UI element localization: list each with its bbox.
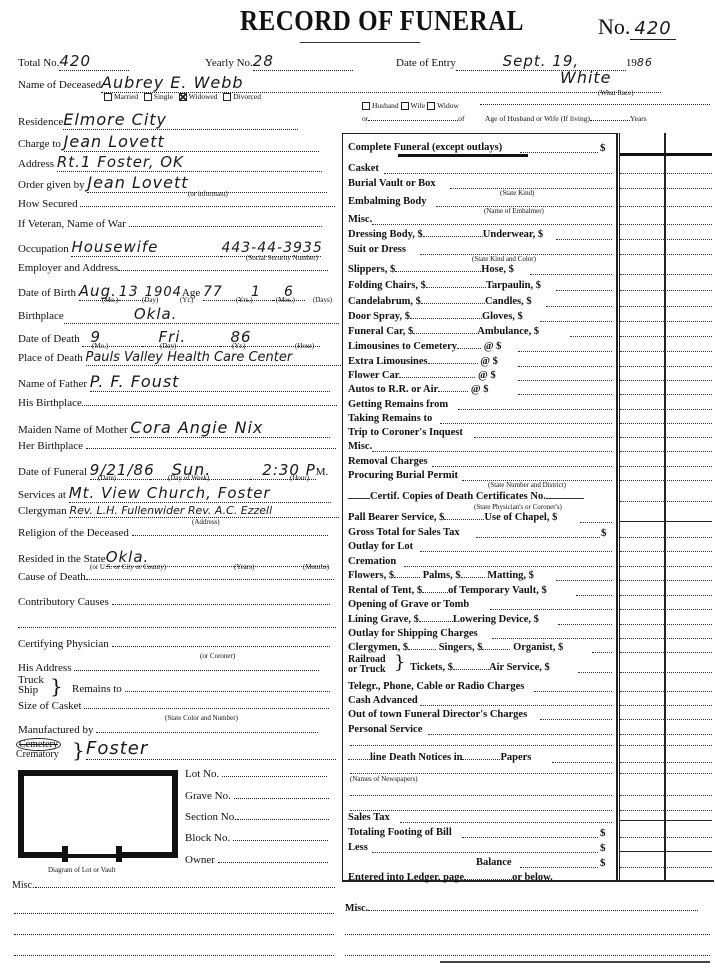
complete-funeral-underline <box>398 154 528 157</box>
date-of-birth-field: Date of Birth Aug.131904Age 7716 <box>18 282 305 301</box>
mother-label: Maiden Name of Mother <box>18 424 128 436</box>
matting-dots <box>556 580 612 581</box>
spouse-of-field: orof <box>362 114 465 123</box>
charge-death-certificates: Certif. Copies of Death Certificates No. <box>348 491 584 502</box>
physician-sublabel: (or Coroner) <box>200 652 235 660</box>
truck-ship-label: TruckShip <box>18 675 44 695</box>
candles-label: Candles, $ <box>485 296 532 307</box>
charge-flowers: Flowers, $ Palms, $ Matting, $ <box>348 570 534 581</box>
divorced-label: Divorced <box>233 92 261 101</box>
papers-label: Papers <box>500 752 531 763</box>
taking-remains-dots <box>440 423 612 424</box>
of-label: of <box>458 114 464 123</box>
charge-coroners-inquest: Trip to Coroner's Inquest <box>348 427 463 438</box>
address-label: Address <box>18 158 54 170</box>
death-notices-label: line Death Notices in <box>370 752 462 763</box>
father-field: Name of Father P. F. Foust <box>18 372 330 392</box>
cemetery-value: Foster <box>86 738 336 760</box>
lot-label: Lot No. <box>185 768 219 780</box>
removal-dots <box>432 466 612 467</box>
gloves-label: Gloves, $ <box>482 311 523 322</box>
out-of-town-dots <box>540 719 612 720</box>
physician-coroner-sub: (State Physician's or Coroner's) <box>474 503 562 511</box>
funeral-date-label: Date of Funeral <box>18 466 87 478</box>
charge-misc-2: Misc. <box>348 441 372 452</box>
services-at-field: Services at Mt. View Church, Foster <box>18 484 331 503</box>
age-spouse-label: Age of Husband or Wife (If living) <box>485 114 590 123</box>
charge-personal-service: Personal Service <box>348 724 422 735</box>
clergyman-value: Rev. L.H. Fullenwider Rev. A.C. Ezzell <box>69 504 339 518</box>
misc-right-line-2 <box>345 934 710 935</box>
how-secured-label: How Secured <box>18 198 78 210</box>
telegr-dots <box>534 691 612 692</box>
less-dollar: $ <box>600 842 606 854</box>
grave-no-field: Grave No. <box>185 790 329 802</box>
order-given-by-field: Order given by Jean Lovett <box>18 173 327 193</box>
her-birthplace-label: Her Birthplace <box>18 440 83 452</box>
charge-embalming: Embalming Body <box>348 196 426 207</box>
cash-advanced-dots <box>420 705 612 706</box>
occupation-value: Housewife <box>71 238 221 257</box>
slippers-label: Slippers, $ <box>348 264 395 275</box>
complete-funeral-amount-rule <box>620 153 712 156</box>
marital-status-options: Married Single Widowed Divorced <box>104 92 261 101</box>
clergyman-sublabel: (Address) <box>192 518 220 526</box>
religion-field: Religion of the Deceased <box>18 527 328 539</box>
contrib-line-2 <box>18 627 336 628</box>
tickets-label: Tickets, $ <box>410 662 453 673</box>
dod-day: Fri. <box>142 328 220 347</box>
state-kind-sub: (State Kind) <box>500 189 534 197</box>
record-number: No.420 <box>598 14 676 40</box>
casket-dots <box>384 173 612 174</box>
checkbox-widowed[interactable]: Widowed <box>179 92 218 101</box>
amount-line <box>620 501 712 502</box>
charge-cash-advanced: Cash Advanced <box>348 695 418 706</box>
underwear-dots <box>556 239 612 240</box>
pall-bearer-label: Pall Bearer Service, $ <box>348 512 444 523</box>
total-no-label: Total No. <box>18 57 59 69</box>
funeral-sub-date: (Date) <box>98 474 116 482</box>
charge-slippers: Slippers, $Hose, $ <box>348 264 514 275</box>
services-value: Mt. View Church, Foster <box>69 484 331 503</box>
charge-burial-vault: Burial Vault or Box <box>348 178 436 189</box>
use-of-chapel-label: Use of Chapel, $ <box>484 512 557 523</box>
complete-funeral-dollar: $ <box>600 142 606 154</box>
folding-chairs-label: Folding Chairs, $ <box>348 280 426 291</box>
block-label: Block No. <box>185 832 230 844</box>
dod-sub-hour: (Hour) <box>295 342 314 350</box>
widowed-label: Widowed <box>189 92 218 101</box>
race-sublabel: (What Race) <box>598 89 634 97</box>
candles-dots <box>546 306 612 307</box>
dod-label: Date of Death <box>18 333 80 345</box>
dob-sub-mos: (Mos.) <box>276 296 295 304</box>
temporary-vault-label: of Temporary Vault, $ <box>448 585 547 596</box>
order-by-label: Order given by <box>18 179 85 191</box>
lowering-device-dots <box>558 624 612 625</box>
charge-removal: Removal Charges <box>348 456 428 467</box>
amount-line <box>620 537 712 538</box>
mother-field: Maiden Name of Mother Cora Angie Nix <box>18 418 330 438</box>
place-death-value: Pauls Valley Health Care Center <box>86 350 341 366</box>
size-of-casket-field: Size of Casket <box>18 700 329 712</box>
age-years: 77 <box>203 284 239 301</box>
amount-line <box>620 290 712 291</box>
ssn-sublabel: (Social Security Number) <box>246 254 318 262</box>
death-certificates-label: Certif. Copies of Death Certificates No. <box>370 491 546 502</box>
newspapers-line <box>350 773 612 774</box>
dob-sub-yr: (Yr.) <box>180 296 193 304</box>
misc-left-line-2 <box>14 913 334 914</box>
single-label: Single <box>154 92 173 101</box>
her-birthplace-field: Her Birthplace <box>18 440 336 452</box>
amount-line <box>620 595 712 596</box>
less-total-rule <box>620 851 712 852</box>
manufactured-label: Manufactured by <box>18 724 93 736</box>
place-of-death-field: Place of Death Pauls Valley Health Care … <box>18 350 341 366</box>
lining-grave-label: Lining Grave, $ <box>348 614 419 625</box>
remains-to-label: Remains to <box>72 683 122 695</box>
funeral-car-label: Funeral Car, $ <box>348 326 413 337</box>
or-label: or <box>362 114 368 123</box>
tarpaulin-label: Tarpaulin, $ <box>486 280 541 291</box>
autos-rate: @ $ <box>471 384 489 395</box>
amount-line <box>620 274 712 275</box>
checkbox-married-box[interactable] <box>104 93 112 101</box>
misc-left-line-4 <box>14 955 334 956</box>
clergyman-field: Clergyman Rev. L.H. Fullenwider Rev. A.C… <box>18 504 339 518</box>
checkbox-single-box[interactable] <box>144 93 152 101</box>
dressing-body-label: Dressing Body, $ <box>348 229 423 240</box>
block-no-field: Block No. <box>185 832 328 844</box>
matting-label: Matting, $ <box>487 570 534 581</box>
section-label: Section No. <box>185 811 237 823</box>
charge-to-label: Charge to <box>18 138 61 150</box>
charge-candelabrum: Candelabrum, $Candles, $ <box>348 296 532 307</box>
opening-grave-dots <box>490 609 612 610</box>
amount-line <box>620 466 712 467</box>
physician-label: Certifying Physician <box>18 638 109 650</box>
amount-line <box>620 672 712 673</box>
total-no-field: Total No.420 <box>18 52 129 71</box>
singers-label: Singers, $ <box>439 642 483 653</box>
charge-entered-ledger: Entered into Ledger, pageor below. <box>348 872 553 883</box>
balance-dollar: $ <box>600 857 606 869</box>
amount-line <box>620 437 712 438</box>
amount-line <box>620 837 712 838</box>
owner-label: Owner <box>185 854 215 866</box>
amount-line <box>620 321 712 322</box>
owner-field: Owner <box>185 854 328 866</box>
services-label: Services at <box>18 489 66 501</box>
checkbox-widowed-box[interactable] <box>179 93 187 101</box>
diagram-label: Diagram of Lot or Vault <box>48 866 116 874</box>
misc-right-line-3 <box>345 955 710 956</box>
father-label: Name of Father <box>18 378 87 390</box>
totaling-footing-dots <box>462 837 598 838</box>
clergyman-label: Clergyman <box>18 505 67 517</box>
place-death-label: Place of Death <box>18 352 83 364</box>
amount-line <box>620 609 712 610</box>
underwear-label: Underwear, $ <box>483 229 543 240</box>
charge-totaling-footing: Totaling Footing of Bill <box>348 827 452 838</box>
vault-leg-left <box>62 846 68 862</box>
charge-balance: Balance <box>476 857 512 868</box>
balance-dots <box>520 867 598 868</box>
amount-line <box>620 719 712 720</box>
resided-sub-location: (or U.S. or City or County) <box>90 563 166 571</box>
amount-line <box>620 306 712 307</box>
dob-label: Date of Birth <box>18 287 76 299</box>
charge-dressing-body: Dressing Body, $Underwear, $ <box>348 229 543 240</box>
ship-label: Ship <box>18 684 38 696</box>
record-no-value: 420 <box>630 18 675 40</box>
date-of-entry-field: Date of EntrySept. 19,1986 <box>396 52 653 71</box>
crematory-label: Crematory <box>16 749 59 760</box>
resided-sub-months: (Months) <box>303 563 329 571</box>
yearly-no-field: Yearly No.28 <box>205 52 353 71</box>
birthplace-value: Okla. <box>64 305 339 324</box>
misc-right-label: Misc. <box>345 903 368 914</box>
charge-door-spray: Door Spray, $Gloves, $ <box>348 311 523 322</box>
residence-label: Residence <box>18 116 63 128</box>
married-label: Married <box>114 92 138 101</box>
race-value: White <box>560 68 612 87</box>
charge-railroad-truck: Railroador Truck <box>348 655 386 675</box>
manufactured-by-field: Manufactured by <box>18 724 318 736</box>
contributory-causes-field: Contributory Causes <box>18 596 330 608</box>
dod-sub-mo: (Mo.) <box>92 342 108 350</box>
limousines-dots <box>518 351 612 352</box>
temporary-vault-dots <box>576 595 612 596</box>
mother-value: Cora Angie Nix <box>130 418 330 438</box>
candelabrum-label: Candelabrum, $ <box>348 296 421 307</box>
amount-line <box>620 351 712 352</box>
contrib-label: Contributory Causes <box>18 596 109 608</box>
charge-death-notices: line Death Notices inPapers <box>348 752 531 763</box>
gross-total-dollar: $ <box>601 527 607 539</box>
amount-line <box>620 551 712 552</box>
autos-label: Autos to R.R. or Air <box>348 384 438 395</box>
birthplace-field: BirthplaceOkla. <box>18 305 339 324</box>
cremation-dots <box>404 566 612 567</box>
checkbox-divorced[interactable]: Divorced <box>223 92 261 101</box>
charge-opening-grave: Opening of Grave or Tomb <box>348 599 469 610</box>
lowering-device-label: Lowering Device, $ <box>453 614 539 625</box>
sales-tax-total-rule <box>620 820 712 821</box>
checkbox-widow[interactable] <box>427 102 435 110</box>
charge-taking-remains: Taking Remains to <box>348 413 432 424</box>
resided-field: Resided in the StateOkla. <box>18 548 328 567</box>
charge-burial-permit: Procuring Burial Permit <box>348 470 458 481</box>
outlay-lot-dots <box>420 551 612 552</box>
ambulance-label: Ambulance, $ <box>477 326 539 337</box>
remains-to-field: Remains to <box>72 683 330 695</box>
charge-shipping: Outlay for Shipping Charges <box>348 628 478 639</box>
amount-line <box>620 795 712 796</box>
years-label: Years <box>630 114 647 123</box>
amount-column-divider-1 <box>616 133 618 882</box>
amount-line <box>620 745 712 746</box>
checkbox-divorced-box[interactable] <box>223 93 231 101</box>
limousines-label: Limousines to Cemetery <box>348 341 457 352</box>
amount-line <box>620 734 712 735</box>
extra-limousines-rate: @ $ <box>480 356 498 367</box>
amount-line <box>620 188 712 189</box>
amount-line <box>620 239 712 240</box>
amount-line <box>620 566 712 567</box>
section-no-field: Section No. <box>185 811 329 823</box>
checkbox-single[interactable]: Single <box>144 92 173 101</box>
funeral-sub-day: (Day of Week) <box>168 474 209 482</box>
charge-suit-or-dress: Suit or Dress <box>348 244 406 255</box>
charge-lining-grave: Lining Grave, $Lowering Device, $ <box>348 614 539 625</box>
palms-label: Palms, $ <box>423 570 461 581</box>
funeral-m-label: M. <box>316 466 329 478</box>
his-address-field: His Address <box>18 662 319 674</box>
extra-limousines-dots <box>518 366 612 367</box>
total-no-value: 420 <box>59 52 129 71</box>
autos-dots <box>518 394 612 395</box>
air-service-label: Air Service, $ <box>489 662 550 673</box>
dod-sub-day: (Day) <box>160 342 176 350</box>
year-value: 86 <box>637 56 653 69</box>
flower-car-dots <box>518 380 612 381</box>
birthplace-label: Birthplace <box>18 310 64 322</box>
cemetery-crematory-label: CemeteryCrematory <box>16 740 61 760</box>
organist-label: Organist, $ <box>513 642 563 653</box>
religion-label: Religion of the Deceased <box>18 527 129 539</box>
yearly-no-label: Yearly No. <box>205 57 253 69</box>
misc-left-line-3 <box>14 934 334 935</box>
charge-less: Less <box>348 842 368 853</box>
title-underline <box>300 42 420 43</box>
charge-telegr: Telegr., Phone, Cable or Radio Charges <box>348 681 524 692</box>
railroad-brace: } <box>394 652 405 673</box>
amount-line <box>620 173 712 174</box>
resided-sub-years: (Years) <box>234 563 254 571</box>
totaling-footing-dollar: $ <box>600 827 606 839</box>
spouse-dots <box>480 104 710 105</box>
checkbox-married[interactable]: Married <box>104 92 138 101</box>
funeral-sub-hour: (Hour) <box>290 474 309 482</box>
dob-day: 13 <box>119 284 145 301</box>
hose-label: Hose, $ <box>481 264 514 275</box>
charge-funeral-car: Funeral Car, $Ambulance, $ <box>348 326 539 337</box>
amount-line <box>620 624 712 625</box>
yearly-no-value: 28 <box>253 52 353 71</box>
personal-service-line-2 <box>350 745 612 746</box>
amount-line <box>620 762 712 763</box>
charge-rental-tent: Rental of Tent, $of Temporary Vault, $ <box>348 585 547 596</box>
charge-limousines: Limousines to Cemetery @ $ <box>348 341 501 352</box>
amount-line <box>620 480 712 481</box>
pall-bearer-total-rule <box>620 521 712 522</box>
amount-line <box>620 394 712 395</box>
checkbox-wife[interactable] <box>401 102 409 110</box>
husband-label: Husband <box>372 101 399 110</box>
dob-sub-days: (Days) <box>313 296 332 304</box>
dob-sub-day: (Day) <box>142 296 158 304</box>
how-secured-field: How Secured <box>18 198 335 210</box>
charge-folding-chairs: Folding Chairs, $Tarpaulin, $ <box>348 280 541 291</box>
amount-line <box>620 206 712 207</box>
certifying-physician-field: Certifying Physician <box>18 638 330 650</box>
coroners-inquest-dots <box>474 437 612 438</box>
amount-line <box>620 409 712 410</box>
amount-line <box>620 423 712 424</box>
employer-field: Employer and Address <box>18 262 328 274</box>
tarpaulin-dots <box>556 290 612 291</box>
charge-autos-rr-air: Autos to R.R. or Air @ $ <box>348 384 489 395</box>
charge-complete-funeral: Complete Funeral (except outlays) <box>348 142 502 153</box>
ledger-label: Entered into Ledger, page <box>348 872 464 883</box>
his-address-label: His Address <box>18 662 71 674</box>
document-title: RECORD OF FUNERAL <box>240 6 524 38</box>
date-of-entry-label: Date of Entry <box>396 57 456 69</box>
flower-car-rate: @ $ <box>478 370 496 381</box>
charge-getting-remains: Getting Remains from <box>348 399 448 410</box>
charge-pall-bearer: Pall Bearer Service, $Use of Chapel, $ <box>348 512 557 523</box>
age-spouse-field: Age of Husband or Wife (If living)Years <box>485 114 647 123</box>
year-prefix: 19 <box>626 57 637 69</box>
lot-no-field: Lot No. <box>185 768 327 780</box>
amount-line <box>620 867 712 868</box>
employer-label: Employer and Address <box>18 262 118 274</box>
charge-extra-limousines: Extra Limousines @ $ <box>348 356 498 367</box>
number-district-sub: (State Number and District) <box>488 481 566 489</box>
newspapers-line-2 <box>350 795 612 796</box>
his-birthplace-field: His Birthplace <box>18 397 337 409</box>
address-field: Address Rt.1 Foster, OK <box>18 153 322 172</box>
use-of-chapel-dots <box>580 522 612 523</box>
complete-funeral-label: Complete Funeral (except outlays) <box>348 142 502 153</box>
gross-total-dots <box>476 537 600 538</box>
widow-label: Widow <box>437 101 459 110</box>
charge-misc-1: Misc. <box>348 214 372 225</box>
amount-line <box>620 652 712 653</box>
misc-2-dots <box>372 451 612 452</box>
charge-to-field: Charge to Jean Lovett <box>18 132 319 152</box>
misc-left-label: Misc. <box>12 880 35 891</box>
amount-line <box>620 638 712 639</box>
door-spray-label: Door Spray, $ <box>348 311 410 322</box>
residence-value: Elmore City <box>63 110 298 130</box>
dob-sub-yrs: (Yrs.) <box>236 296 253 304</box>
amount-line <box>620 254 712 255</box>
or-below-label: or below. <box>512 872 553 883</box>
dob-sub-mo: (Mo.) <box>102 296 118 304</box>
amount-line <box>620 810 712 811</box>
limousines-rate: @ $ <box>484 341 502 352</box>
amount-line <box>620 336 712 337</box>
gloves-dots <box>540 321 612 322</box>
extra-limousines-label: Extra Limousines <box>348 356 428 367</box>
newspapers-line-3 <box>350 810 612 811</box>
name-label: Name of Deceased <box>18 79 101 91</box>
flowers-label: Flowers, $ <box>348 570 394 581</box>
checkbox-husband[interactable] <box>362 102 370 110</box>
charge-cremation: Cremation <box>348 556 396 567</box>
complete-funeral-dots <box>520 152 598 153</box>
charge-tickets: Tickets, $Air Service, $ <box>410 662 550 673</box>
getting-remains-dots <box>458 409 612 410</box>
charge-casket: Casket <box>348 163 379 174</box>
ambulance-dots <box>570 336 612 337</box>
brace: } <box>50 674 63 698</box>
rental-tent-label: Rental of Tent, $ <box>348 585 422 596</box>
